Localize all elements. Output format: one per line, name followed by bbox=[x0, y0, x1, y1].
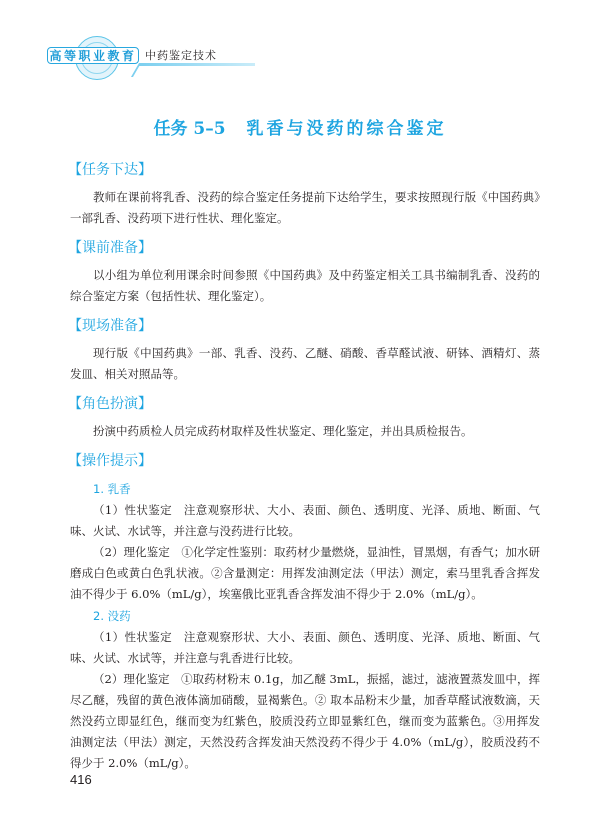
series-badge: 高等职业教育 bbox=[47, 47, 139, 64]
book-title: 中药鉴定技术 bbox=[145, 47, 217, 63]
paragraph: 以小组为单位利用课余时间参照《中国药典》及中药鉴定相关工具书编制乳香、没药的综合… bbox=[70, 265, 540, 307]
paragraph: （1）性状鉴定 注意观察形状、大小、表面、颜色、透明度、光泽、质地、断面、气味、… bbox=[70, 627, 540, 669]
paragraph: （1）性状鉴定 注意观察形状、大小、表面、颜色、透明度、光泽、质地、断面、气味、… bbox=[70, 500, 540, 542]
header-underline bbox=[139, 63, 255, 66]
paragraph: 教师在课前将乳香、没药的综合鉴定任务提前下达给学生，要求按照现行版《中国药典》一… bbox=[70, 187, 540, 229]
paragraph: 扮演中药质检人员完成药材取样及性状鉴定、理化鉴定，并出具质检报告。 bbox=[70, 421, 540, 442]
subsection-heading-myrrh: 2. 没药 bbox=[70, 605, 540, 627]
document-body: 【任务下达】 教师在课前将乳香、没药的综合鉴定任务提前下达给学生，要求按照现行版… bbox=[70, 158, 540, 774]
subsection-heading-frankincense: 1. 乳香 bbox=[70, 478, 540, 500]
task-name: 乳香与没药的综合鉴定 bbox=[247, 119, 447, 139]
task-number: 任务 5–5 bbox=[154, 119, 226, 139]
section-heading-task-assignment: 【任务下达】 bbox=[68, 158, 540, 182]
paragraph: （2）理化鉴定 ①化学定性鉴别：取药材少量燃烧，显油性，冒黑烟，有香气；加水研磨… bbox=[70, 542, 540, 605]
running-header: 高等职业教育 中药鉴定技术 bbox=[45, 36, 245, 76]
paragraph: （2）理化鉴定 ①取药材粉末 0.1g，加乙醚 3mL，振摇，滤过，滤液置蒸发皿… bbox=[70, 669, 540, 774]
section-heading-role-play: 【角色扮演】 bbox=[68, 392, 540, 416]
page-number: 416 bbox=[70, 772, 92, 787]
section-heading-pre-class-preparation: 【课前准备】 bbox=[68, 236, 540, 260]
section-heading-operation-tips: 【操作提示】 bbox=[68, 449, 540, 473]
paragraph: 现行版《中国药典》一部、乳香、没药、乙醚、硝酸、香草醛试液、研钵、酒精灯、蒸发皿… bbox=[70, 343, 540, 385]
section-heading-onsite-preparation: 【现场准备】 bbox=[68, 314, 540, 338]
page-title: 任务 5–5 乳香与没药的综合鉴定 bbox=[0, 114, 600, 139]
